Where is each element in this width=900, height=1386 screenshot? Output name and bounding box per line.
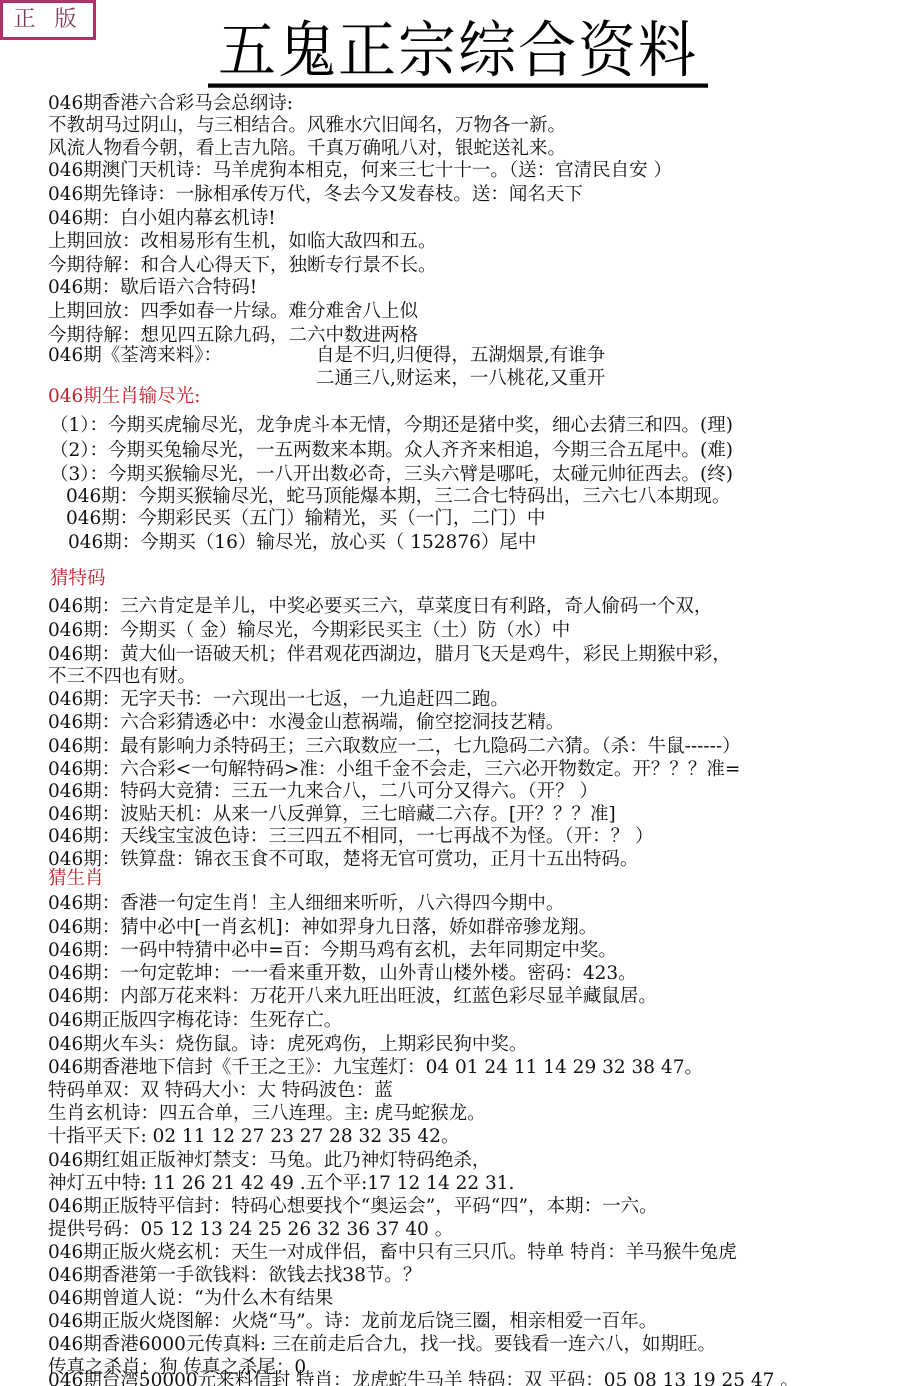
text-line: 046期：猜中必中[一肖玄机]：神如羿身九日落，娇如群帝骖龙翔。 <box>48 917 597 939</box>
text-line: 046期：无字天书：一六现出一七返，一九追赶四二跑。 <box>48 689 509 711</box>
text-line: 046期正版特平信封：特码心想要找个“奥运会”，平码“四”，本期：一六。 <box>48 1196 658 1218</box>
text-line: 046期：一句定乾坤：一一看来重开数，山外青山楼外楼。密码：423。 <box>48 963 637 985</box>
text-line: 046期：最有影响力杀特码王；三六取数应一二，七九隐码二六猜。（杀：牛鼠----… <box>48 736 741 758</box>
text-line: 046期香港6000元传真料: 三在前走后合九，找一找。要钱看一连六八，如期旺。 <box>48 1334 716 1356</box>
text-line: 046期香港第一手欲钱料：欲钱去找38节。？ <box>48 1265 421 1287</box>
text-line: 自是不归,归便得，五湖烟景,有谁争 <box>316 345 605 367</box>
text-line: 上期回放：四季如春一片绿。难分难舍八上似 <box>48 301 418 323</box>
text-line: 046期：今期买猴输尽光，蛇马顶能爆本期，三二合七特码出，三六七八本期现。 <box>66 486 730 508</box>
text-line: 046期：今期彩民买（五门）输精光，买（一门，二门）中 <box>66 508 545 530</box>
text-line: （2）：今期买兔输尽光，一五两数来本期。众人齐齐来相追，今期三合五尾中。(难) <box>50 440 733 462</box>
text-line: 046期：三六肯定是羊儿，中奖必要买三六，草菜度日有利路，奇人偷码一个双， <box>48 596 712 618</box>
text-line: 046期正版四字梅花诗：生死存亡。 <box>48 1010 342 1032</box>
section-heading: 猜特码 <box>50 568 106 590</box>
section-heading: 046期生肖输尽光: <box>48 386 201 408</box>
text-line: 上期回放：改相易形有生机，如临大敌四和五。 <box>48 231 437 253</box>
text-line: 046期正版火烧图解：火烧“马”。诗：龙前龙后饶三圈，相亲相爱一百年。 <box>48 1311 657 1333</box>
text-line: 046期香港六合彩马会总纲诗: <box>48 93 293 115</box>
text-line: 生肖玄机诗：四五合单，三八连理。主: 虎马蛇猴龙。 <box>48 1103 486 1125</box>
text-line: 二通三八,财运来，一八桃花,又重开 <box>316 368 605 390</box>
text-line: 不教胡马过阴山，与三相结合。风雅水穴旧闻名，万物各一新。 <box>48 115 566 137</box>
text-line: 046期台湾50000元来料信封 特肖：龙虎蛇牛马羊 特码：双 平码：05 08… <box>48 1370 799 1386</box>
text-line: （1）：今期买虎输尽光，龙争虎斗本无情，今期还是猪中奖，细心去猜三和四。(理) <box>50 415 733 437</box>
text-line: 046期香港地下信封《千王之王》：九宝莲灯：04 01 24 11 14 29 … <box>48 1057 703 1079</box>
text-line: 046期先锋诗：一脉相承传万代，冬去今又发春枝。送：闻名天下 <box>48 184 583 206</box>
text-line: 046期：白小姐内幕玄机诗! <box>48 208 276 230</box>
edition-stamp: 正 版 <box>0 0 96 40</box>
text-line: 046期火车头：烧伤鼠。诗：虎死鸡伤，上期彩民狗中奖。 <box>48 1034 527 1056</box>
text-line: 今期待解：和合人心得天下，独断专行景不长。 <box>48 255 437 277</box>
text-line: 不三不四也有财。 <box>48 666 196 688</box>
text-line: 046期：六合彩猜透必中：水漫金山惹祸端，偷空挖洞技艺精。 <box>48 712 564 734</box>
text-line: 046期：铁算盘：锦衣玉食不可取，楚将无官可赏功，正月十五出特码。 <box>48 849 638 871</box>
text-line: 风流人物看今朝，看上吉九陪。千真万确吼八对，银蛇送礼来。 <box>48 138 566 160</box>
section-heading: 猜生肖 <box>48 868 104 890</box>
text-line: 046期：特码大竞猜：三五一九来合八，二八可分又得六。（开？ ） <box>48 781 598 803</box>
text-line: 046期：今期买（16）输尽光，放心买（ 152876）尾中 <box>68 532 536 554</box>
text-line: 046期：歇后语六合特码! <box>48 277 257 299</box>
text-line: 046期：内部万花来料：万花开八来九旺出旺波，红蓝色彩尽显羊藏鼠居。 <box>48 986 657 1008</box>
page-title: 五鬼正宗综合资料 <box>208 16 708 87</box>
text-line: 046期：香港一句定生肖！主人细细来听听，八六得四今期中。 <box>48 893 564 915</box>
text-line: 046期红姐正版神灯禁支：马兔。此乃神灯特码绝杀， <box>48 1150 490 1172</box>
text-line: 046期《荃湾来料》： <box>48 345 222 367</box>
text-line: 046期正版火烧玄机：天生一对成伴侣，畜中只有三只爪。特单 特肖：羊马猴牛兔虎 <box>48 1242 737 1264</box>
text-line: 046期：一码中特猜中必中=百：今期马鸡有玄机，去年同期定中奖。 <box>48 940 617 962</box>
text-line: 十指平天下: 02 11 12 27 23 27 28 32 35 42。 <box>48 1126 459 1148</box>
text-line: 特码单双：双 特码大小：大 特码波色：蓝 <box>48 1080 393 1102</box>
text-line: 提供号码：05 12 13 24 25 26 32 36 37 40 。 <box>48 1219 453 1241</box>
text-line: 046期曾道人说：“为什么木有结果 <box>48 1288 333 1310</box>
text-line: 046期澳门天机诗：马羊虎狗本相克，何来三七十十一。（送：官清民自安 ） <box>48 160 672 182</box>
text-line: 今期待解：想见四五除九码，二六中数进两格 <box>48 325 418 347</box>
text-line: 046期：今期买（ 金）输尽光，今期彩民买主（土）防（水）中 <box>48 620 570 642</box>
text-line: 神灯五中特: 11 26 21 42 49 .五个平:17 12 14 22 3… <box>48 1173 514 1195</box>
text-line: （3）：今期买猴输尽光，一八开出数必奇，三头六臂是哪吒，太碰元帅征西去。(终) <box>50 464 733 486</box>
text-line: 046期：天线宝宝波色诗：三三四五不相同，一七再战不为怪。（开：？ ） <box>48 826 653 848</box>
text-line: 046期：波贴天机：从来一八反弹算，三七暗藏二六存。[开？？？准] <box>48 804 616 826</box>
text-line: 046期：黄大仙一语破天机；伴君观花西湖边，腊月飞天是鸡牛，彩民上期猴中彩， <box>48 644 731 666</box>
text-line: 046期：六合彩<一句解特码>准：小组千金不会走，三六必开物数定。开？？？准= <box>48 759 740 781</box>
